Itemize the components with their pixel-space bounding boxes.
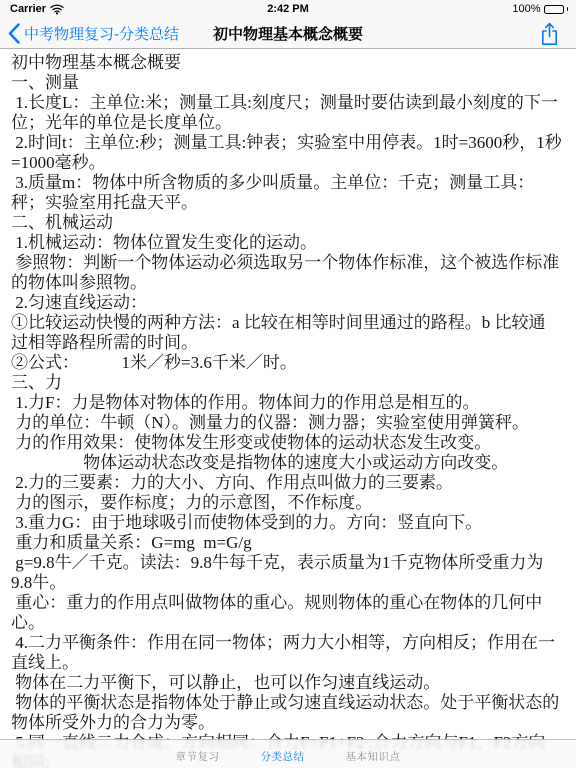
document-paragraph: 物体在二力平衡下，可以静止，也可以作匀速直线运动。 (11, 673, 562, 693)
document-paragraph: ①比较运动快慢的两种方法：a 比较在相等时间里通过的路程。b 比较通过相等路程所… (11, 313, 562, 353)
back-chevron-icon (8, 23, 20, 44)
document-paragraph: 4.二力平衡条件：作用在同一物体；两力大小相等，方向相反；作用在一直线上。 (11, 633, 562, 673)
document-paragraph: ②公式： 1米／秒=3.6千米／时。 (11, 353, 562, 373)
document-paragraph: 力的图示，要作标度；力的示意图，不作标度。 (11, 493, 562, 513)
page-title: 初中物理基本概念概要 (100, 18, 476, 49)
document-paragraph: 一、测量 (11, 73, 562, 93)
document-paragraph: 物体的平衡状态是指物体处于静止或匀速直线运动状态。处于平衡状态的物体所受外力的合… (11, 693, 562, 733)
document-paragraph: 二、机械运动 (11, 213, 562, 233)
battery-icon (544, 5, 564, 14)
status-battery: 100% (512, 0, 568, 18)
status-time: 2:42 PM (0, 0, 576, 18)
document-paragraph: g=9.8牛／千克。读法：9.8牛每千克，表示质量为1千克物体所受重力为9.8牛… (11, 553, 562, 593)
document-paragraph: 1.机械运动：物体位置发生变化的运动。 (11, 233, 562, 253)
status-bar: Carrier 2:42 PM 100% (0, 0, 576, 18)
document-paragraph: 重力和质量关系：G=mg m=G/g (11, 533, 562, 553)
document-scroll-area[interactable]: 初中物理基本概念概要一、测量 1.长度L：主单位:米；测量工具:刻度尺；测量时要… (0, 50, 576, 768)
document-paragraph: 2.力的三要素：力的大小、方向、作用点叫做力的三要素。 (11, 473, 562, 493)
top-chrome: Carrier 2:42 PM 100% (0, 0, 576, 49)
document-paragraph: 重心：重力的作用点叫做物体的重心。规则物体的重心在物体的几何中心。 (11, 593, 562, 633)
document-paragraph: 2.时间t：主单位:秒；测量工具:钟表；实验室中用停表。1时=3600秒，1秒=… (11, 133, 562, 173)
document-paragraph: 1.长度L：主单位:米；测量工具:刻度尺；测量时要估读到最小刻度的下一位；光年的… (11, 93, 562, 133)
tab-chapter-review[interactable]: 章节复习 (176, 749, 220, 764)
bottom-tab-bar: 章节复习分类总结基本知识点 (0, 739, 576, 768)
document-paragraph: 三、力 (11, 373, 562, 393)
tab-category-summary[interactable]: 分类总结 (261, 749, 305, 764)
share-icon (540, 22, 559, 46)
document-paragraph: 力的单位：牛顿（N）。测量力的仪器：测力器；实验室使用弹簧秤。 (11, 413, 562, 433)
document-paragraph: 3.重力G：由于地球吸引而使物体受到的力。方向：竖直向下。 (11, 513, 562, 533)
document-paragraph: 2.匀速直线运动： (11, 293, 562, 313)
tab-basic-knowledge[interactable]: 基本知识点 (346, 749, 401, 764)
app-screen: 初中物理基本概念概要一、测量 1.长度L：主单位:米；测量工具:刻度尺；测量时要… (0, 0, 576, 768)
document-paragraph: 力的作用效果：使物体发生形变或使物体的运动状态发生改变。 (11, 433, 562, 453)
document-paragraph: 1.力F：力是物体对物体的作用。物体间力的作用总是相互的。 (11, 393, 562, 413)
share-button[interactable] (536, 20, 562, 48)
document-paragraph: 物体运动状态改变是指物体的速度大小或运动方向改变。 (11, 453, 562, 473)
document-paragraph: 3.质量m：物体中所含物质的多少叫质量。主单位：千克；测量工具：秤；实验室用托盘… (11, 173, 562, 213)
document-paragraph: 参照物：判断一个物体运动必须选取另一个物体作标准，这个被选作标准的物体叫参照物。 (11, 253, 562, 293)
document-body: 初中物理基本概念概要一、测量 1.长度L：主单位:米；测量工具:刻度尺；测量时要… (0, 50, 576, 768)
battery-percent-label: 100% (512, 3, 540, 15)
document-paragraph: 初中物理基本概念概要 (11, 53, 562, 73)
navigation-bar: 中考物理复习-分类总结 初中物理基本概念概要 (0, 18, 576, 49)
